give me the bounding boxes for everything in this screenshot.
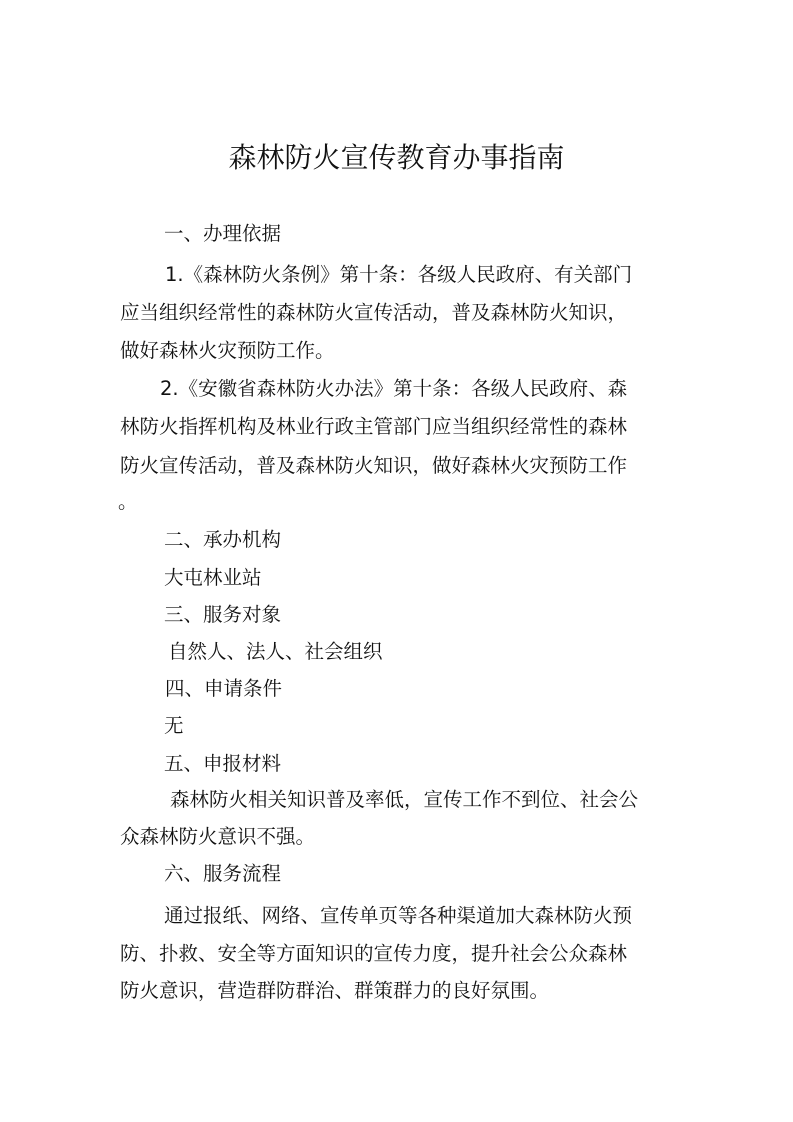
document-page: 森林防火宣传教育办事指南 一、办理依据 1.《森林防火条例》第十条：各级人民政府… [0,0,793,1122]
paragraph-line: 防火宣传活动，普及森林防火知识，做好森林火灾预防工作 [120,452,627,480]
section-heading-organizer: 二、承办机构 [164,526,281,554]
paragraph-line: 通过报纸、网络、宣传单页等各种渠道加大森林防火预 [164,902,632,930]
section-heading-conditions: 四、申请条件 [165,675,282,703]
paragraph-line: 防火意识，营造群防群治、群策群力的良好氛围。 [120,977,549,1005]
service-target-value: 自然人、法人、社会组织 [168,638,383,666]
document-title: 森林防火宣传教育办事指南 [0,138,793,178]
paragraph-line: 。 [118,488,138,516]
section-heading-materials: 五、申报材料 [164,750,281,778]
paragraph-line: 防、扑救、安全等方面知识的宣传力度，提升社会公众森林 [120,940,627,968]
paragraph-line: 2.《安徽省森林防火办法》第十条：各级人民政府、森 [160,375,627,403]
paragraph-line: 林防火指挥机构及林业行政主管部门应当组织经常性的森林 [120,413,627,441]
section-heading-service-target: 三、服务对象 [164,601,281,629]
paragraph-line: 1.《森林防火条例》第十条：各级人民政府、有关部门 [165,261,632,289]
section-heading-process: 六、服务流程 [164,860,281,888]
paragraph-line: 众森林防火意识不强。 [120,823,315,851]
paragraph-line: 森林防火相关知识普及率低，宣传工作不到位、社会公 [170,786,638,814]
paragraph-line: 做好森林火灾预防工作。 [120,337,335,365]
conditions-value: 无 [164,712,184,740]
section-heading-basis: 一、办理依据 [164,220,281,248]
paragraph-line: 应当组织经常性的森林防火宣传活动，普及森林防火知识， [120,299,627,327]
organizer-value: 大屯林业站 [164,564,262,592]
